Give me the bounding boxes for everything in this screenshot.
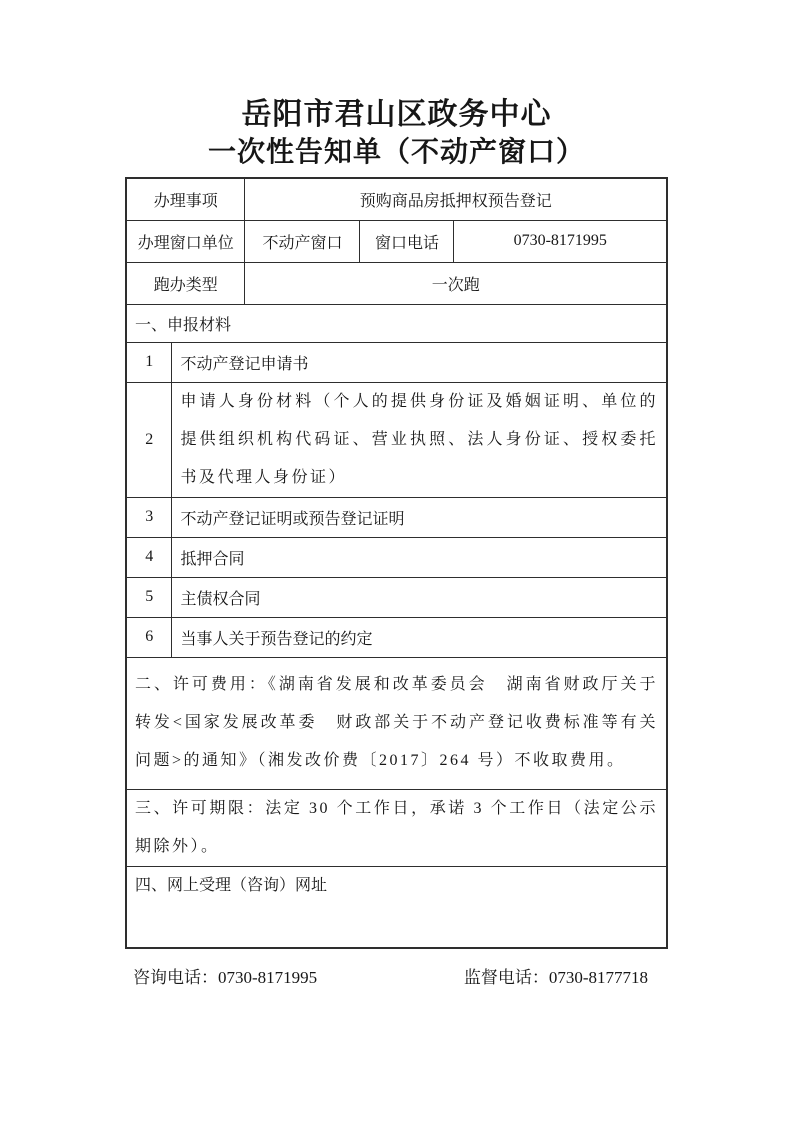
title-line-2: 一次性告知单（不动产窗口） [0, 134, 793, 172]
material-item-row: 4 抵押合同 [126, 537, 667, 577]
footer: 咨询电话：0730-8171995 监督电话：0730-8177718 [125, 966, 668, 990]
document-title: 岳阳市君山区政务中心 一次性告知单（不动产窗口） [0, 0, 793, 172]
material-text-cell: 不动产登记申请书 [172, 342, 667, 382]
window-unit-label-cell: 办理窗口单位 [126, 220, 245, 262]
matter-row: 办理事项 预购商品房抵押权预告登记 [126, 178, 667, 220]
material-item-row: 5 主债权合同 [126, 577, 667, 617]
window-phone-value-cell: 0730-8171995 [454, 220, 667, 262]
material-no-cell: 2 [126, 382, 172, 497]
material-text-cell: 主债权合同 [172, 577, 667, 617]
window-row: 办理窗口单位 不动产窗口 窗口电话 0730-8171995 [126, 220, 667, 262]
deadline-cell: 三、许可期限：法定 30 个工作日，承诺 3 个工作日（法定公示期除外）。 [126, 789, 667, 866]
material-item-row: 2 申请人身份材料（个人的提供身份证及婚姻证明、单位的提供组织机构代码证、营业执… [126, 382, 667, 497]
matter-label-cell: 办理事项 [126, 178, 245, 220]
consult-phone-label: 咨询电话： [133, 968, 218, 987]
material-no-cell: 1 [126, 342, 172, 382]
fee-row: 二、许可费用：《湖南省发展和改革委员会 湖南省财政厅关于转发<国家发展改革委 财… [126, 657, 667, 789]
notice-table: 办理事项 预购商品房抵押权预告登记 办理窗口单位 不动产窗口 窗口电话 0730… [125, 177, 668, 949]
material-no-cell: 5 [126, 577, 172, 617]
online-cell: 四、网上受理（咨询）网址 [126, 866, 667, 948]
materials-heading-cell: 一、申报材料 [126, 304, 667, 342]
supervise-phone-value: 0730-8177718 [549, 968, 648, 987]
material-text-cell: 当事人关于预告登记的约定 [172, 617, 667, 657]
material-item-row: 1 不动产登记申请书 [126, 342, 667, 382]
supervise-phone: 监督电话：0730-8177718 [464, 966, 648, 990]
material-text-cell: 抵押合同 [172, 537, 667, 577]
material-text-cell: 不动产登记证明或预告登记证明 [172, 497, 667, 537]
window-unit-value-cell: 不动产窗口 [245, 220, 360, 262]
matter-value-cell: 预购商品房抵押权预告登记 [245, 178, 667, 220]
online-row: 四、网上受理（咨询）网址 [126, 866, 667, 948]
deadline-row: 三、许可期限：法定 30 个工作日，承诺 3 个工作日（法定公示期除外）。 [126, 789, 667, 866]
run-type-label-cell: 跑办类型 [126, 262, 245, 304]
material-item-row: 3 不动产登记证明或预告登记证明 [126, 497, 667, 537]
title-line-1: 岳阳市君山区政务中心 [0, 96, 793, 134]
run-type-row: 跑办类型 一次跑 [126, 262, 667, 304]
material-no-cell: 4 [126, 537, 172, 577]
material-item-row: 6 当事人关于预告登记的约定 [126, 617, 667, 657]
run-type-value-cell: 一次跑 [245, 262, 667, 304]
consult-phone: 咨询电话：0730-8171995 [133, 966, 317, 990]
material-text-cell: 申请人身份材料（个人的提供身份证及婚姻证明、单位的提供组织机构代码证、营业执照、… [172, 382, 667, 497]
consult-phone-value: 0730-8171995 [218, 968, 317, 987]
material-no-cell: 3 [126, 497, 172, 537]
fee-cell: 二、许可费用：《湖南省发展和改革委员会 湖南省财政厅关于转发<国家发展改革委 财… [126, 657, 667, 789]
material-no-cell: 6 [126, 617, 172, 657]
window-phone-label-cell: 窗口电话 [360, 220, 454, 262]
supervise-phone-label: 监督电话： [464, 968, 549, 987]
materials-heading-row: 一、申报材料 [126, 304, 667, 342]
